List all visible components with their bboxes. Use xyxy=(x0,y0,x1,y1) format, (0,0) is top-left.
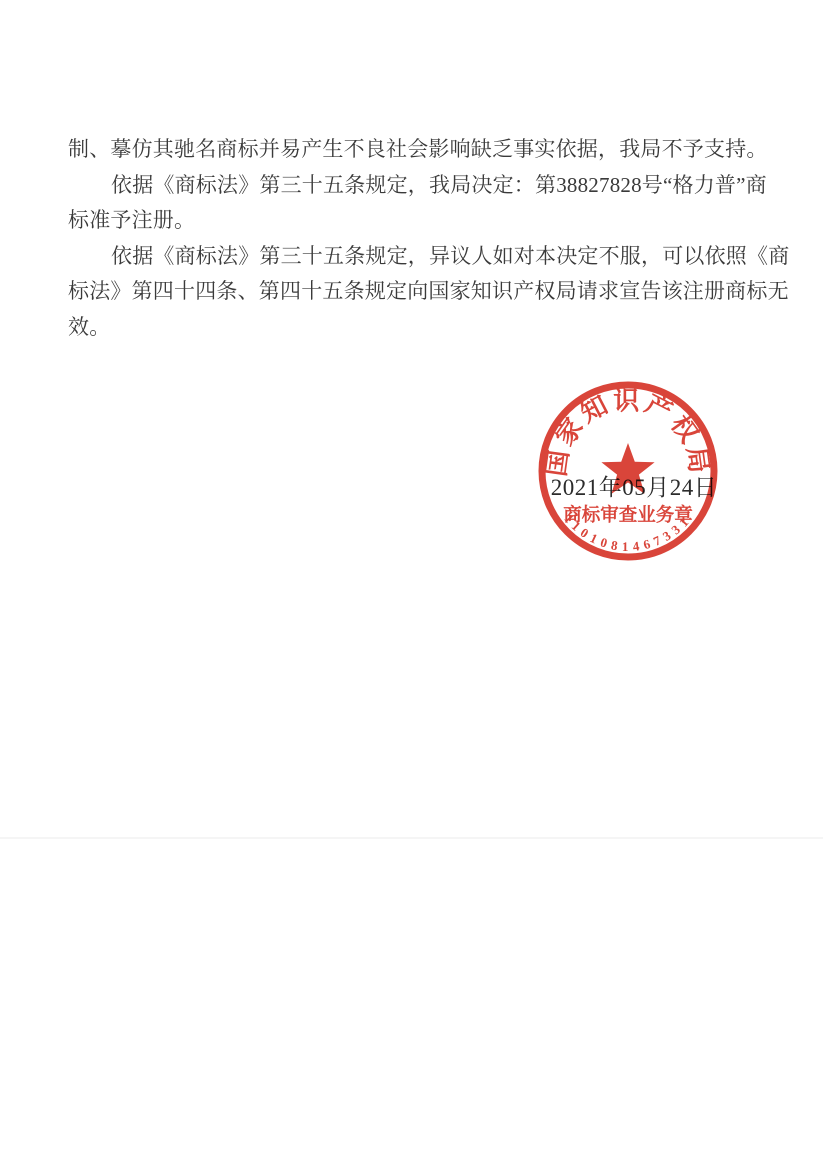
text-line-6: 效。 xyxy=(68,310,768,346)
document-page: 制、摹仿其驰名商标并易产生不良社会影响缺乏事实依据，我局不予支持。 依据《商标法… xyxy=(0,0,823,1166)
decision-body-text: 制、摹仿其驰名商标并易产生不良社会影响缺乏事实依据，我局不予支持。 依据《商标法… xyxy=(68,132,768,345)
text-line-5: 标法》第四十四条、第四十五条规定向国家知识产权局请求宣告该注册商标无 xyxy=(68,274,768,310)
scan-artifact-line xyxy=(0,837,823,839)
official-seal: 国家知识产权局 商标审查业务章 1101081467331 xyxy=(528,371,728,571)
text-line-3: 标准予注册。 xyxy=(68,203,768,239)
text-line-4: 依据《商标法》第三十五条规定，异议人如对本决定不服，可以依照《商 xyxy=(68,239,768,275)
text-line-1: 制、摹仿其驰名商标并易产生不良社会影响缺乏事实依据，我局不予支持。 xyxy=(68,132,768,168)
star-icon xyxy=(601,443,654,494)
text-line-2: 依据《商标法》第三十五条规定，我局决定：第38827828号“格力普”商 xyxy=(68,168,768,204)
